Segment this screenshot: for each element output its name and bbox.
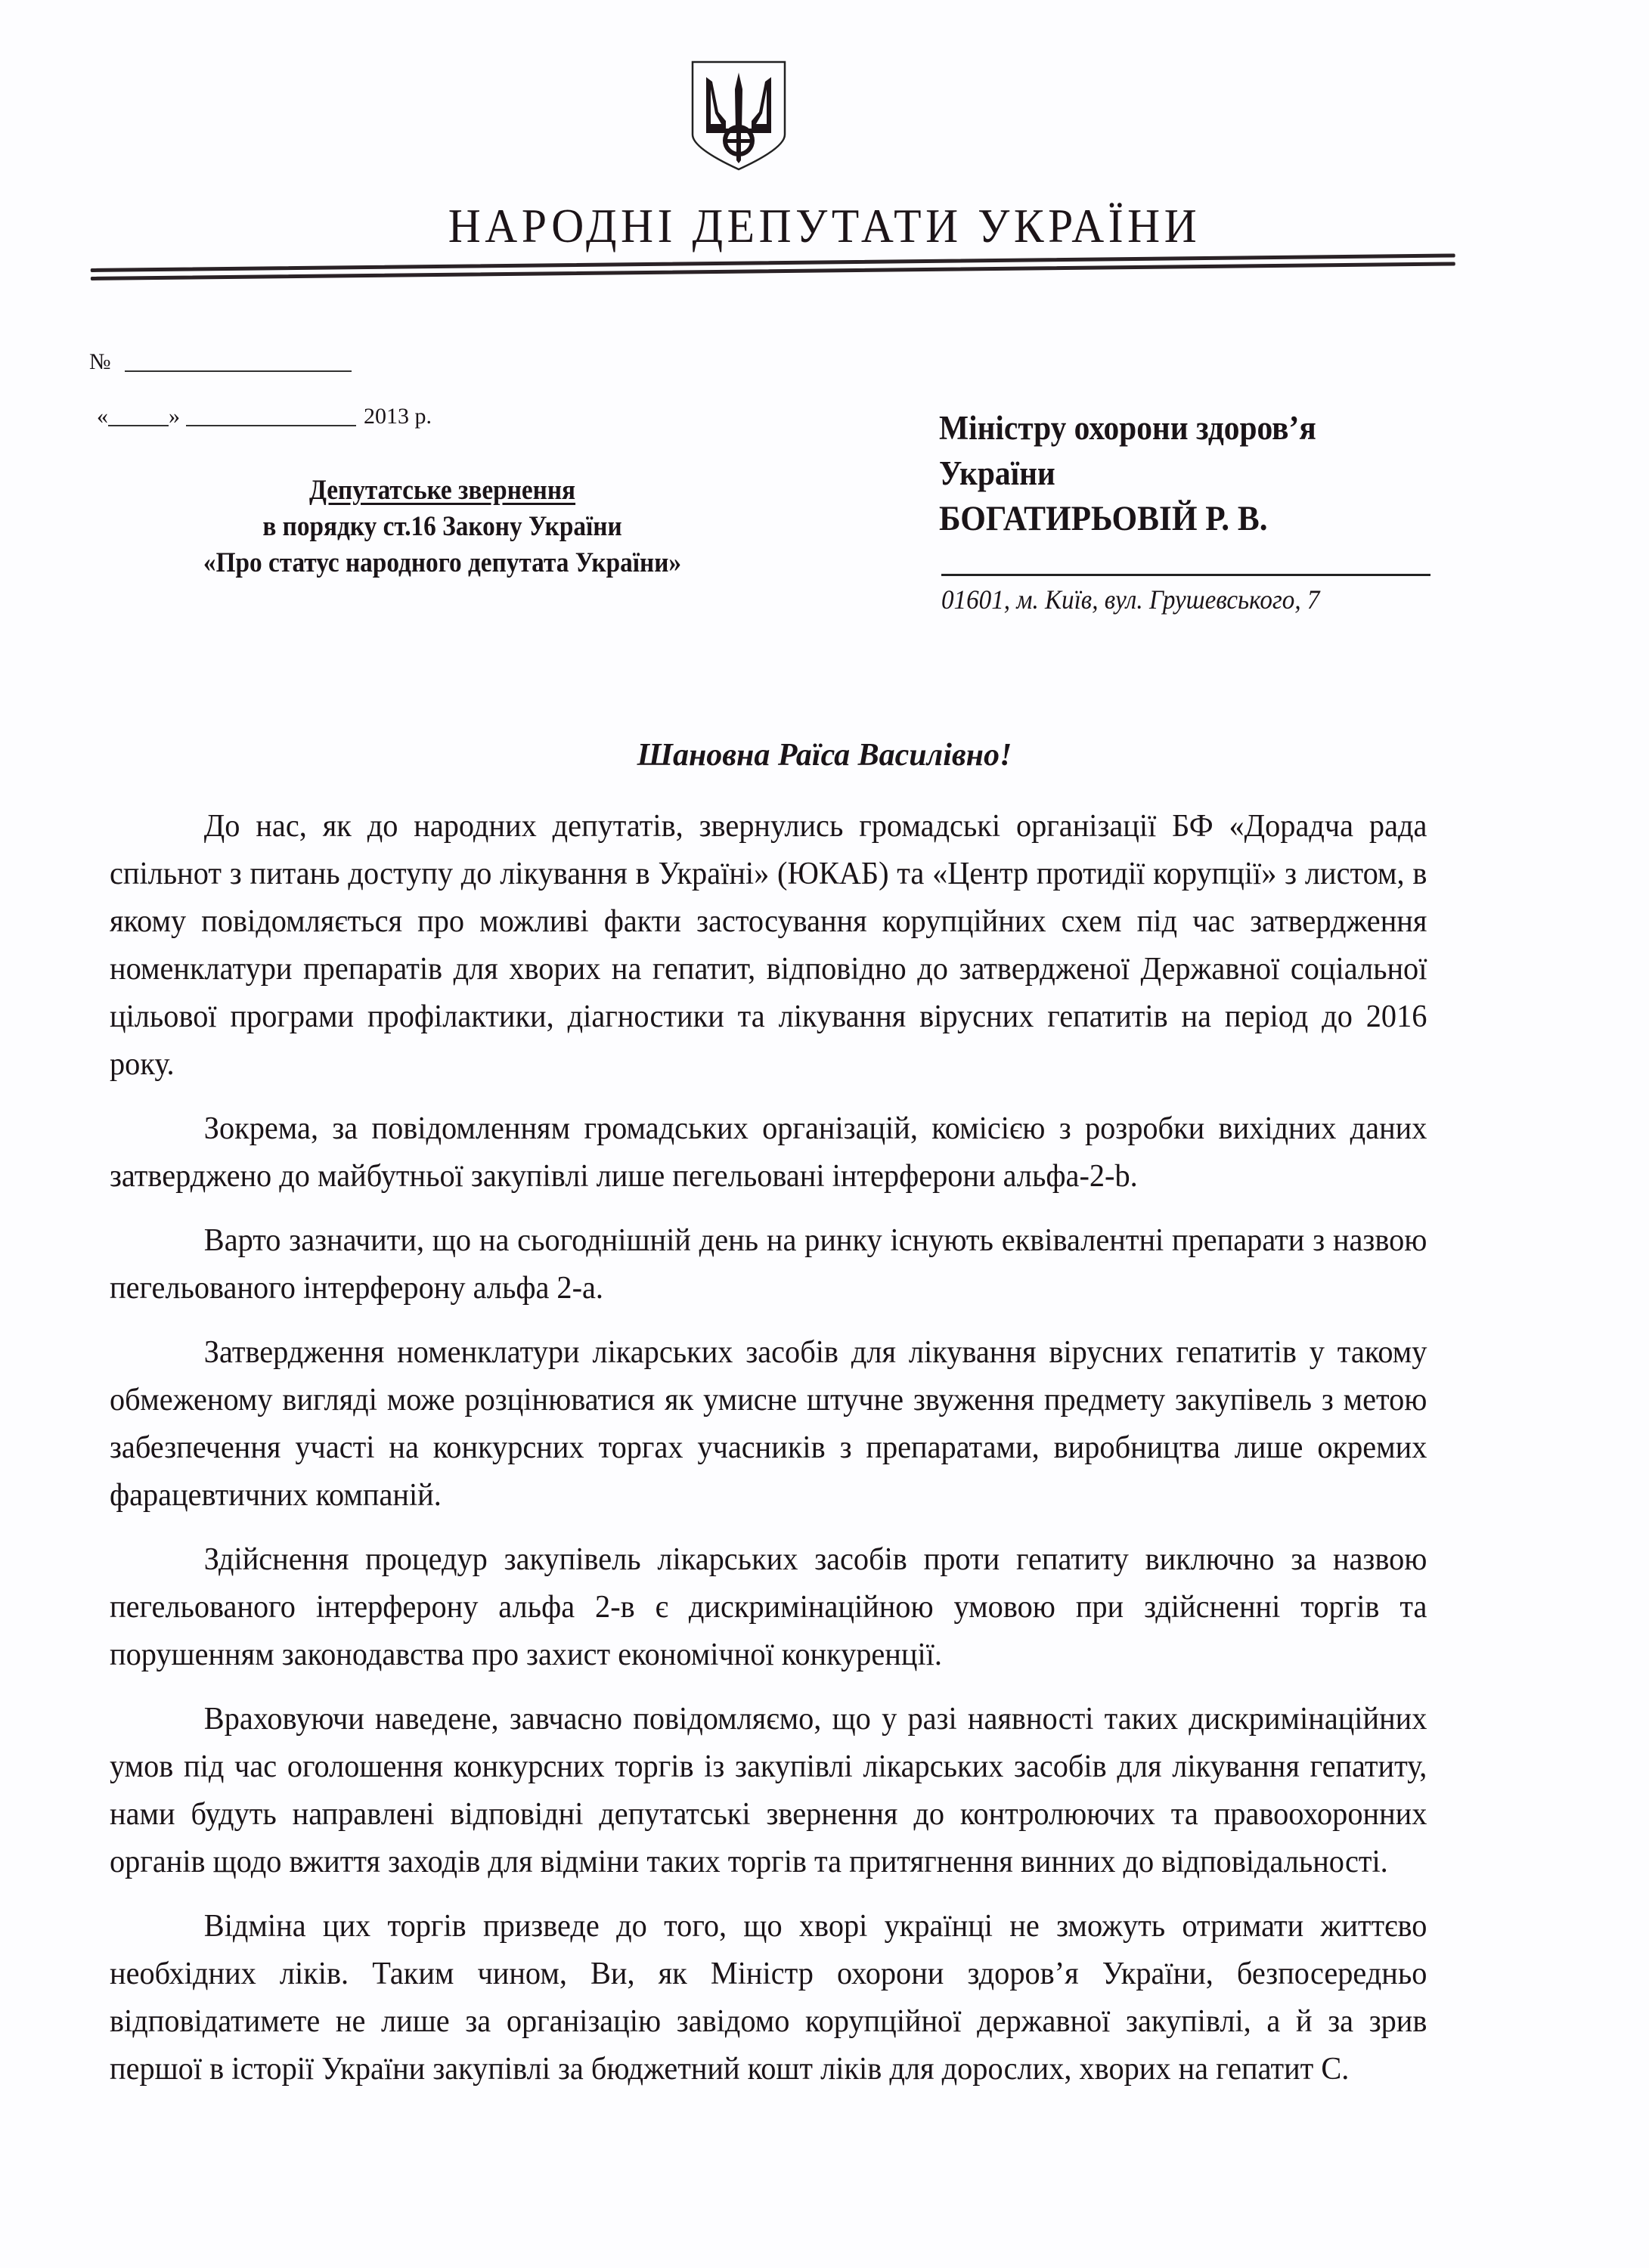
date-close-quote: »	[169, 404, 180, 429]
addressee-block: Міністру охорони здоров’я України БОГАТИ…	[939, 405, 1426, 541]
paragraph: Зокрема, за повідомленням громадських ор…	[110, 1105, 1427, 1201]
addressee-country: України	[939, 451, 1426, 496]
paragraph: Враховуючи наведене, завчасно повідомляє…	[110, 1696, 1427, 1886]
header-double-rule	[91, 253, 1455, 306]
addressee-name: БОГАТИРЬОВІЙ Р. В.	[939, 496, 1426, 541]
appeal-title: Депутатське звернення	[160, 472, 725, 509]
number-label: №	[89, 349, 111, 374]
appeal-basis: в порядку ст.16 Закону України	[160, 509, 725, 545]
organization-title: НАРОДНІ ДЕПУТАТИ УКРАЇНИ	[57, 198, 1591, 254]
letter-body: До нас, як до народних депутатів, зверну…	[110, 803, 1427, 2110]
paragraph: Здійснення процедур закупівель лікарськи…	[110, 1536, 1427, 1679]
addressee-position: Міністру охорони здоров’я	[939, 405, 1426, 451]
salutation: Шановна Раїса Василівно!	[0, 737, 1649, 773]
paragraph: До нас, як до народних депутатів, зверну…	[110, 803, 1427, 1089]
paragraph: Варто зазначити, що на сьогоднішній день…	[110, 1217, 1427, 1312]
addressee-address: 01601, м. Київ, вул. Грушевського, 7	[941, 584, 1319, 615]
number-blank	[125, 370, 352, 372]
appeal-heading: Депутатське звернення в порядку ст.16 За…	[160, 472, 725, 581]
addressee-divider	[941, 574, 1430, 576]
appeal-law: «Про статус народного депутата України»	[160, 545, 725, 581]
registration-number: №	[89, 349, 352, 375]
date-open-quote: «	[97, 404, 108, 429]
date-year: 2013 р.	[364, 404, 432, 429]
date-day-blank	[108, 425, 169, 426]
coat-of-arms-icon	[690, 59, 788, 172]
paragraph: Затвердження номенклатури лікарських зас…	[110, 1329, 1427, 1520]
registration-date: «»2013 р.	[97, 404, 432, 429]
letter-page: НАРОДНІ ДЕПУТАТИ УКРАЇНИ № «»2013 р. Деп…	[0, 0, 1649, 2268]
date-month-blank	[186, 425, 356, 426]
paragraph: Відміна цих торгів призведе до того, що …	[110, 1903, 1427, 2093]
